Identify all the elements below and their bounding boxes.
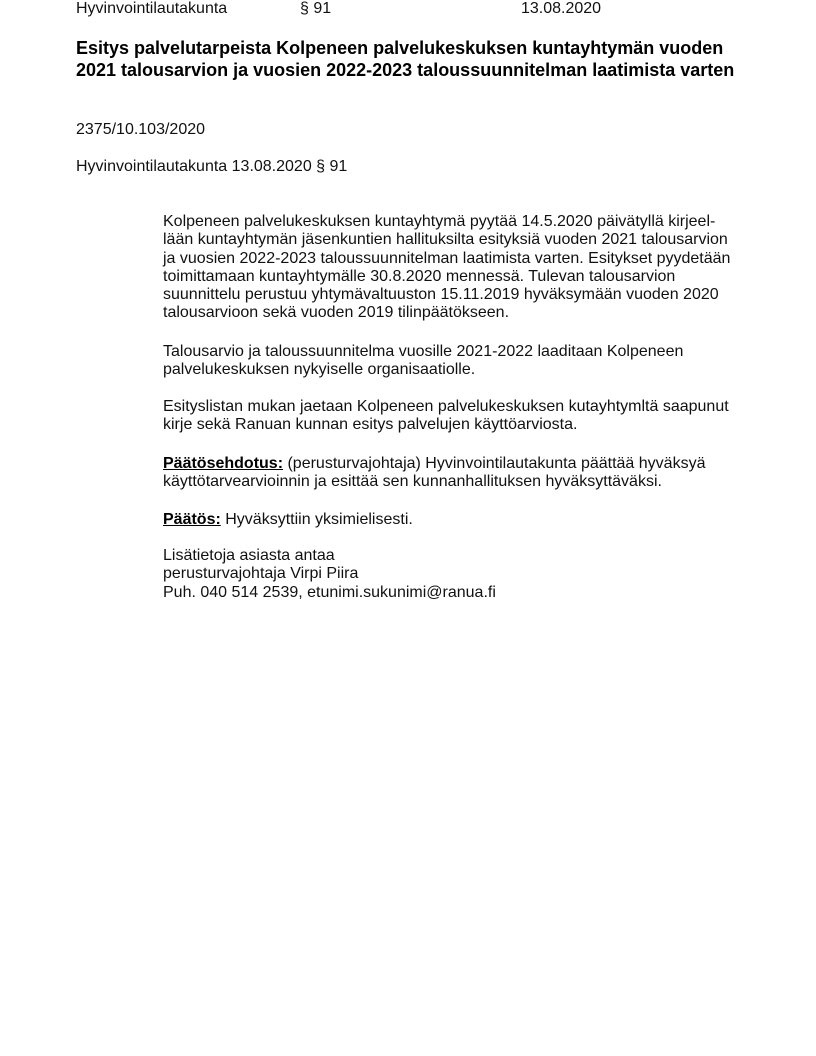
paragraph-background: Kolpeneen palvelukeskuksen kuntayhtymä p… [163,213,743,323]
text-line: Lisätietoja asiasta antaa [163,547,743,565]
text-line: talousarvioon sekä vuoden 2019 tilinpäät… [163,304,743,322]
meeting-reference: Hyvinvointilautakunta 13.08.2020 § 91 [76,157,347,176]
text-line: ja vuosien 2022-2023 taloussuunnitelman … [163,250,743,268]
proposal-label: Päätösehdotus: [163,455,283,472]
text-line: perusturvajohtaja Virpi Piira [163,565,743,583]
proposal-text: (perusturvajohtaja) Hyvinvointilautakunt… [283,455,705,472]
text-line: suunnittelu perustuu yhtymävaltuuston 15… [163,286,743,304]
text-line: kirje sekä Ranuan kunnan esitys palveluj… [163,416,743,434]
decision-label: Päätös: [163,511,221,528]
diary-number: 2375/10.103/2020 [76,120,205,139]
paragraph-decision: Päätös: Hyväksyttiin yksimielisesti. [163,511,743,529]
text-line: käyttötarvearvioinnin ja esittää sen kun… [163,473,743,491]
paragraph-budget: Talousarvio ja taloussuunnitelma vuosill… [163,343,743,380]
document-title: Esitys palvelutarpeista Kolpeneen palvel… [76,37,736,81]
text-line: Kolpeneen palvelukeskuksen kuntayhtymä p… [163,213,743,231]
text-line: Talousarvio ja taloussuunnitelma vuosill… [163,343,743,361]
text-line: palvelukeskuksen nykyiselle organisaatio… [163,361,743,379]
text-line: toimittamaan kuntayhtymälle 30.8.2020 me… [163,268,743,286]
text-line: lään kuntayhtymän jäsenkuntien hallituks… [163,231,743,249]
paragraph-proposal: Päätösehdotus: (perusturvajohtaja) Hyvin… [163,455,743,492]
decision-text: Hyväksyttiin yksimielisesti. [221,511,413,528]
paragraph-attachments: Esityslistan mukan jaetaan Kolpeneen pal… [163,398,743,435]
contact-info: Puh. 040 514 2539, etunimi.sukunimi@ranu… [163,584,743,602]
header-date: 13.08.2020 [521,0,601,18]
header-board: Hyvinvointilautakunta [76,0,227,18]
text-line: Esityslistan mukan jaetaan Kolpeneen pal… [163,398,743,416]
header-section: § 91 [300,0,331,18]
paragraph-contact: Lisätietoja asiasta antaa perusturvajoht… [163,547,743,602]
